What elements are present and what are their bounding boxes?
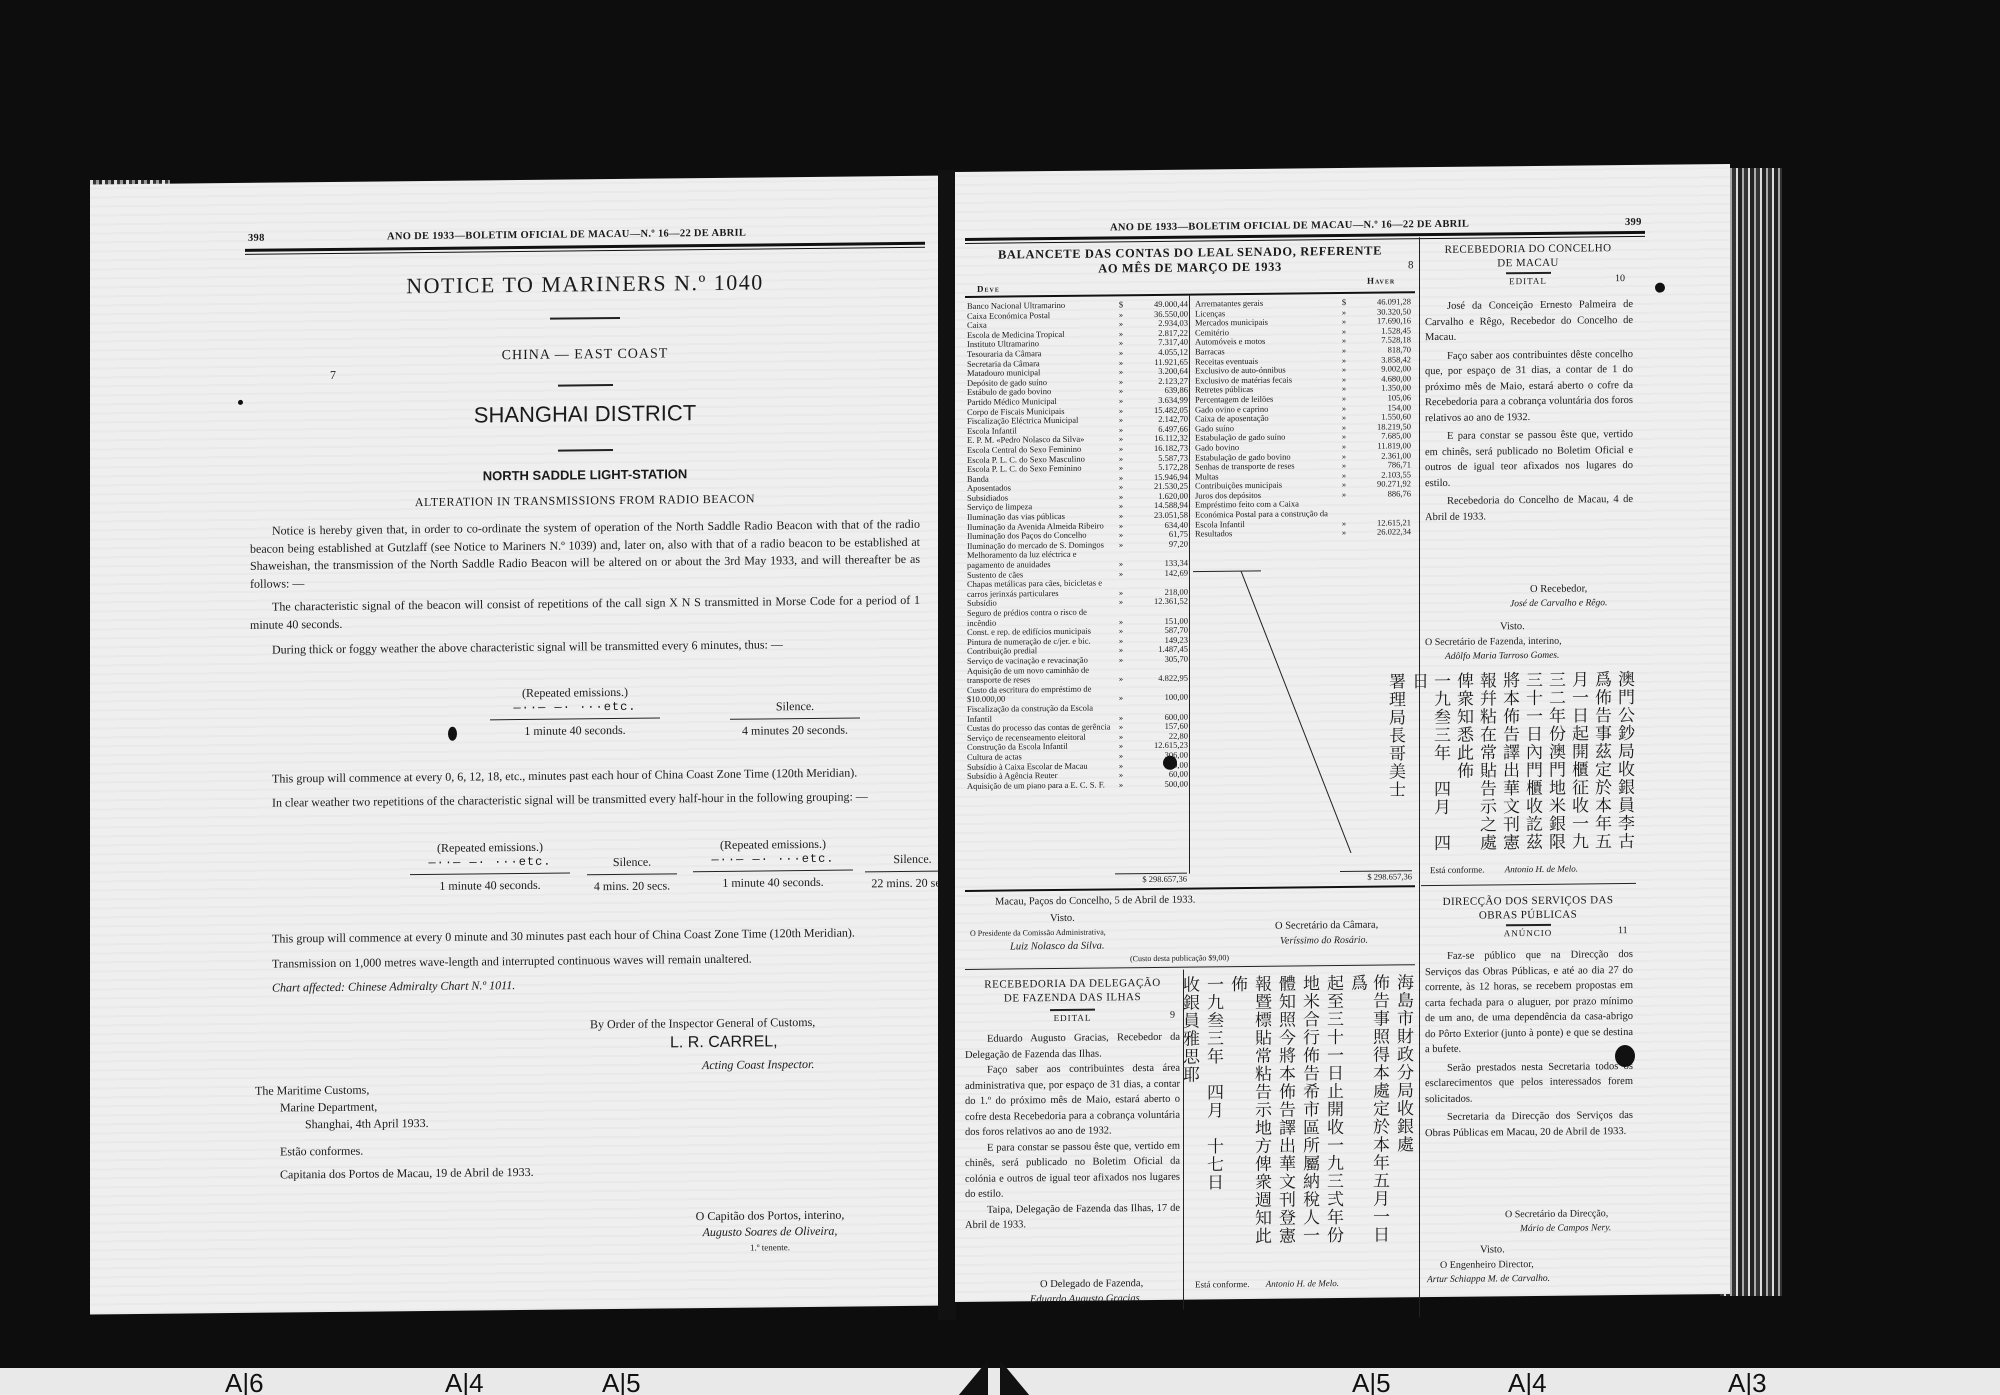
chinese-column: 起至三十一日止開收一九三弍年份 xyxy=(1322,974,1344,1274)
paragraph: Taipa, Delegação de Fazenda das Ilhas, 1… xyxy=(965,1200,1180,1233)
chinese-column: 三二年份澳門地米銀限 xyxy=(1544,671,1566,861)
left-page: 398 ANO DE 1933—BOLETIM OFICIAL DE MACAU… xyxy=(90,175,950,1314)
emission-label: (Repeated emissions.) xyxy=(693,837,853,854)
concelho-chinese-text: 澳門公鈔局收銀員李古爲佈告事茲定於本年五月一日起開櫃征收一九三二年份澳門地米銀限… xyxy=(1425,670,1635,862)
director-name: Artur Schiappa M. de Carvalho. xyxy=(1427,1274,1550,1285)
divider xyxy=(245,446,925,455)
morse-code: —··— —· ···etc. xyxy=(693,852,853,868)
address-line: Shanghai, 4th April 1933. xyxy=(255,1115,429,1134)
clear-silence-block-1: Silence. 4 mins. 20 secs. xyxy=(587,854,677,894)
ledger-amount: 133,34 xyxy=(1128,549,1190,569)
president-title: O Presidente da Comissão Administrativa, xyxy=(970,927,1106,937)
paragraph: During thick or foggy weather the above … xyxy=(250,635,920,660)
silence-label: Silence. xyxy=(587,854,677,870)
ledger-amount: 151,00 xyxy=(1128,607,1190,627)
chinese-column: 佈告事照得本處定於本年五月一日 爲 xyxy=(1346,974,1390,1274)
visto: Visto. xyxy=(1480,1244,1505,1255)
president-name: Luiz Nolasco da Silva. xyxy=(1010,940,1105,952)
margin-number: 7 xyxy=(330,368,336,383)
ledger-currency: » xyxy=(1114,540,1128,550)
title-line: DE MACAU xyxy=(1423,255,1633,271)
balancete-place-date: Macau, Paços do Concelho, 5 de Abril de … xyxy=(995,895,1195,908)
ledger-currency: » xyxy=(1114,703,1128,722)
clear-emission-block-1: (Repeated emissions.) —··— —· ···etc. 1 … xyxy=(410,839,570,894)
region-heading: CHINA — EAST COAST xyxy=(245,344,925,367)
ledger-currency: » xyxy=(1114,598,1128,608)
conforme-label: Está conforme. xyxy=(1195,1279,1249,1290)
ledger-label: Melhoramento da luz eléctrica e pagament… xyxy=(965,550,1114,571)
ledger-row: Seguro de prédios contra o risco de incê… xyxy=(965,607,1190,629)
debit-total: $ 298.657,36 xyxy=(1115,873,1187,885)
chinese-column: 體知照今將本佈告譯出華文刊登憲 xyxy=(1274,974,1296,1274)
chinese-column: 爲佈告事茲定於本年五 xyxy=(1590,670,1612,860)
ledger-currency: » xyxy=(1114,569,1128,579)
district-heading: SHANGHAI DISTRICT xyxy=(245,398,925,431)
ilhas-body: Eduardo Augusto Gracias, Recebedor da De… xyxy=(965,1030,1180,1234)
credit-total: $ 298.657,36 xyxy=(1340,870,1412,882)
captain-signature: O Capitão dos Portos, interino, Augusto … xyxy=(650,1206,890,1257)
debit-table: Banco Nacional Ultramarino$49.000,44Caix… xyxy=(965,300,1190,792)
publication-cost: (Custo desta publicação $9,00) xyxy=(1130,953,1229,963)
ilhas-title: RECEBEDORIA DA DELEGAÇÃO DE FAZENDA DAS … xyxy=(965,976,1180,1006)
ink-spot xyxy=(448,727,457,741)
ledger-currency: » xyxy=(1114,655,1128,665)
cancel-line xyxy=(1191,567,1416,869)
ledger-currency: » xyxy=(1114,578,1128,597)
paragraph: Faço saber aos contribuintes desta área … xyxy=(965,1061,1180,1141)
film-strip: A|6 A|4 A|5 A|5 A|4 A|3 xyxy=(0,1368,2000,1395)
ledger-row: Fiscalização da construção da Escola Inf… xyxy=(965,703,1190,725)
emission-duration: 1 minute 40 seconds. xyxy=(693,875,853,892)
paragraph: The characteristic signal of the beacon … xyxy=(250,592,920,634)
secretary-title: O Secretário da Câmara, xyxy=(1275,920,1378,932)
right-page: ANO DE 1933—BOLETIM OFICIAL DE MACAU—N.º… xyxy=(955,164,1730,1302)
obras-body: Faz-se público que na Direcção dos Servi… xyxy=(1425,947,1633,1141)
frame-center-arrow-icon xyxy=(958,1360,1030,1395)
margin-number: 8 xyxy=(1408,259,1414,271)
morse-code: —··— —· ···etc. xyxy=(410,854,570,870)
paragraph: E para constar se passou êste que, verti… xyxy=(1425,427,1633,491)
ledger-label: Aquisição de um novo caminhão de transpo… xyxy=(965,665,1114,686)
chart-affected: Chart affected: Chinese Admiralty Chart … xyxy=(250,973,930,998)
delegate-title: O Delegado de Fazenda, xyxy=(1040,1278,1143,1290)
obras-anuncio: ANÚNCIO xyxy=(1423,927,1633,939)
fazenda-secretary-title: O Secretário de Fazenda, interino, xyxy=(1425,636,1562,648)
ledger-row: Empréstimo feito com a Caixa Económica P… xyxy=(1193,499,1413,530)
notice-title: NOTICE TO MARINERS N.º 1040 xyxy=(245,268,925,301)
subtitle: ALTERATION IN TRANSMISSIONS FROM RADIO B… xyxy=(245,490,925,512)
ledger-amount: 97,20 xyxy=(1128,539,1190,549)
obras-title: DIRECÇÃO DOS SERVIÇOS DAS OBRAS PÚBLICAS xyxy=(1423,893,1633,923)
ledger-label: Empréstimo feito com a Caixa Económica P… xyxy=(1193,500,1337,530)
ledger-currency: » xyxy=(1114,780,1128,790)
conforme-name: Antonio H. de Melo. xyxy=(1266,1278,1339,1289)
receiver-title: O Recebedor, xyxy=(1530,583,1587,595)
margin-number: 9 xyxy=(1170,1010,1175,1021)
paragraph: Eduardo Augusto Gracias, Recebedor da De… xyxy=(965,1030,1180,1063)
right-running-head: ANO DE 1933—BOLETIM OFICIAL DE MACAU—N.º… xyxy=(1110,219,1469,234)
emission-label: (Repeated emissions.) xyxy=(410,839,570,856)
ledger-currency: » xyxy=(1337,528,1351,538)
receiver-name: José de Carvalho e Rêgo. xyxy=(1510,598,1607,609)
emission-duration: 1 minute 40 seconds. xyxy=(490,723,660,740)
debit-column: Banco Nacional Ultramarino$49.000,44Caix… xyxy=(965,300,1190,792)
station-heading: NORTH SADDLE LIGHT-STATION xyxy=(245,464,925,486)
section-rule xyxy=(965,964,1415,970)
chinese-column: 月一日起開櫃征收一九 xyxy=(1567,670,1589,860)
ledger-row: Resultados»26.022,34 xyxy=(1193,528,1413,540)
chinese-column: 收銀員雅思耶 xyxy=(1178,975,1200,1275)
header-rule xyxy=(245,242,925,255)
paragraph: Faço saber aos contribuintes dêste conce… xyxy=(1425,346,1633,426)
title-line: RECEBEDORIA DA DELEGAÇÃO xyxy=(965,976,1180,992)
notice-body: Notice is hereby given that, in order to… xyxy=(250,516,920,660)
margin-number: 10 xyxy=(1615,273,1625,284)
ledger-amount: 886,76 xyxy=(1351,489,1413,499)
divider xyxy=(245,381,925,390)
paragraph: This group will commence at every 0 minu… xyxy=(250,924,930,949)
obras-secretary-name: Mário de Campos Nery. xyxy=(1520,1223,1611,1234)
frame-mark: A|4 xyxy=(1508,1368,1547,1395)
ledger-amount: 26.022,34 xyxy=(1351,528,1413,538)
conformes: Estão conformes. xyxy=(280,1144,363,1160)
debit-header: Deve xyxy=(977,284,1000,294)
section-rule xyxy=(1421,883,1636,886)
ledger-currency: » xyxy=(1114,684,1128,703)
fog-emission-block: (Repeated emissions.) —··— —· ···etc. 1 … xyxy=(490,685,660,740)
closing-text: This group will commence at every 0 minu… xyxy=(250,924,930,998)
ledger-label: Chapas metálicas para cães, bicicletas e… xyxy=(965,579,1114,600)
capitania-date: Capitania dos Portos de Macau, 19 de Abr… xyxy=(280,1165,534,1183)
visto: Visto. xyxy=(1050,913,1075,924)
frame-mark: A|6 xyxy=(225,1368,264,1395)
concelho-conforme: Está conforme. Antonio H. de Melo. xyxy=(1430,864,1578,876)
ilhas-conforme: Está conforme. Antonio H. de Melo. xyxy=(1195,1278,1339,1290)
obras-secretary-title: O Secretário da Direcção, xyxy=(1505,1208,1608,1220)
emission-duration: 1 minute 40 seconds. xyxy=(410,877,570,894)
clear-emission-block-2: (Repeated emissions.) —··— —· ···etc. 1 … xyxy=(693,837,853,892)
signatory: L. R. CARREL, xyxy=(670,1033,778,1052)
silence-label: Silence. xyxy=(730,698,860,714)
divider xyxy=(1017,1008,1127,1011)
paragraph: Notice is hereby given that, in order to… xyxy=(250,516,920,593)
chinese-column: 一九叁三年 四月 四日 xyxy=(1407,672,1451,862)
chinese-column: 佈 xyxy=(1226,975,1248,1275)
ledger-currency: » xyxy=(1114,665,1128,684)
visto: Visto. xyxy=(1500,621,1525,632)
concelho-title: RECEBEDORIA DO CONCELHO DE MACAU xyxy=(1423,241,1633,271)
concelho-edital: EDITAL xyxy=(1423,275,1633,287)
ledger-row: Custo da escritura do empréstimo de $10.… xyxy=(965,683,1190,705)
frame-mark: A|3 xyxy=(1728,1368,1767,1395)
ledger-amount: 12.615,21 xyxy=(1351,499,1413,528)
ink-spot xyxy=(1163,756,1177,770)
paragraph: Secretaria da Direcção dos Serviços das … xyxy=(1425,1108,1633,1141)
frame-mark: A|5 xyxy=(1352,1368,1391,1395)
order-line: By Order of the Inspector General of Cus… xyxy=(590,1014,890,1032)
title-line: DIRECÇÃO DOS SERVIÇOS DAS xyxy=(1423,893,1633,909)
paragraph: José da Conceição Ernesto Palmeira de Ca… xyxy=(1425,297,1633,346)
conforme-label: Está conforme. xyxy=(1430,865,1484,876)
column-divider xyxy=(1189,296,1190,874)
chinese-column: 海島市財政分局收銀處 xyxy=(1392,973,1414,1273)
paragraph: This group will commence at every 0, 6, … xyxy=(250,764,920,789)
left-running-head: ANO DE 1933—BOLETIM OFICIAL DE MACAU—N.º… xyxy=(387,228,746,243)
customs-address: The Maritime Customs, Marine Department,… xyxy=(255,1081,429,1134)
ledger-currency: » xyxy=(1114,607,1128,626)
paragraph: Serão prestados nesta Secretaria todos o… xyxy=(1425,1058,1633,1107)
chinese-column: 報幷粘在常貼告示之處 xyxy=(1475,671,1497,861)
margin-number: 11 xyxy=(1618,925,1628,936)
clear-weather-text: This group will commence at every 0, 6, … xyxy=(250,764,920,812)
paragraph: Recebedoria do Concelho de Macau, 4 de A… xyxy=(1425,492,1633,525)
ledger-amount: 305,70 xyxy=(1128,655,1190,665)
ledger-row: Melhoramento da luz eléctrica e pagament… xyxy=(965,549,1190,571)
credit-table: Arrematantes gerais$46.091,28Licenças»30… xyxy=(1193,297,1413,539)
ledger-amount: 500,00 xyxy=(1128,779,1190,789)
paragraph: E para constar se passou êste que, verti… xyxy=(965,1138,1180,1202)
ledger-row: Aquisição de um piano para a E. C. S. F.… xyxy=(965,779,1190,791)
ledger-amount: 4.822,95 xyxy=(1128,664,1190,684)
frame-mark: A|5 xyxy=(602,1368,641,1395)
ledger-amount: 12.361,52 xyxy=(1128,597,1190,607)
paragraph: In clear weather two repetitions of the … xyxy=(250,787,920,812)
ledger-currency: » xyxy=(1337,499,1351,528)
ledger-label: Seguro de prédios contra o risco de incê… xyxy=(965,607,1114,628)
chinese-column: 署理局長哥美士 xyxy=(1384,672,1406,862)
chinese-column: 俾衆知悉此佈 xyxy=(1452,672,1474,862)
captain-rank: 1.º tenente. xyxy=(650,1238,890,1257)
ilhas-edital: EDITAL xyxy=(965,1012,1180,1024)
ilhas-chinese-text: 海島市財政分局收銀處佈告事照得本處定於本年五月一日 爲起至三十一日止開收一九三弍… xyxy=(1189,973,1414,1275)
frame-mark: A|4 xyxy=(445,1368,484,1395)
chinese-column: 三十一日內門櫃收訖茲 xyxy=(1521,671,1543,861)
credit-column: Arrematantes gerais$46.091,28Licenças»30… xyxy=(1193,297,1413,539)
paragraph: Transmission on 1,000 metres wave-length… xyxy=(250,948,930,973)
book-gutter xyxy=(938,170,956,1320)
left-page-number: 398 xyxy=(248,233,265,244)
fazenda-secretary-name: Adôlfo Maria Tarroso Gomes. xyxy=(1445,651,1559,662)
chinese-column: 地米合行佈告希市區所屬納稅人一 xyxy=(1298,974,1320,1274)
secretary-name: Veríssimo do Rosário. xyxy=(1280,935,1368,947)
address-line: The Maritime Customs, xyxy=(255,1081,429,1100)
morse-code: —··— —· ···etc. xyxy=(490,700,660,716)
balancete-title: BALANCETE DAS CONTAS DO LEAL SENADO, REF… xyxy=(965,243,1415,278)
ledger-amount: 100,00 xyxy=(1128,683,1190,703)
address-line: Marine Department, xyxy=(255,1098,429,1117)
director-title: O Engenheiro Director, xyxy=(1440,1259,1534,1271)
concelho-body: José da Conceição Ernesto Palmeira de Ca… xyxy=(1425,297,1633,525)
fog-silence-block: Silence. 4 minutes 20 seconds. xyxy=(730,698,860,738)
silence-duration: 4 minutes 20 seconds. xyxy=(730,722,860,738)
right-page-number: 399 xyxy=(1625,217,1642,228)
chinese-column: 澳門公鈔局收銀員李古 xyxy=(1613,670,1635,860)
silence-duration: 4 mins. 20 secs. xyxy=(587,878,677,894)
chinese-column: 報暨標貼常粘告示地方俾衆週知此 xyxy=(1250,975,1272,1275)
paragraph: Faz-se público que na Direcção dos Servi… xyxy=(1425,947,1633,1058)
divider xyxy=(245,314,925,323)
ledger-row: Aquisição de um novo caminhão de transpo… xyxy=(965,664,1190,686)
chinese-column: 一九叁三年 四月 十七日 xyxy=(1202,975,1224,1275)
ink-spot xyxy=(1615,1045,1635,1067)
ledger-amount: 218,00 xyxy=(1128,578,1190,598)
chinese-column: 將本佈告譯出華文刊憲 xyxy=(1498,671,1520,861)
ledger-label: Resultados xyxy=(1193,528,1337,539)
title-line: OBRAS PÚBLICAS xyxy=(1423,907,1633,923)
signatory-title: Acting Coast Inspector. xyxy=(702,1057,814,1073)
ledger-currency: » xyxy=(1114,550,1128,569)
table-bottom-rule xyxy=(965,885,1415,892)
title-line: RECEBEDORIA DO CONCELHO xyxy=(1423,241,1633,257)
ink-spot xyxy=(1655,283,1665,293)
ink-spot xyxy=(238,400,243,405)
ledger-currency: » xyxy=(1337,490,1351,500)
ledger-amount: 142,69 xyxy=(1128,568,1190,578)
ledger-amount: 600,00 xyxy=(1128,703,1190,723)
credit-header: Haver xyxy=(1367,275,1395,285)
title-line: DE FAZENDA DAS ILHAS xyxy=(965,990,1180,1006)
conforme-name: Antonio H. de Melo. xyxy=(1505,864,1578,875)
delegate-name: Eduardo Augusto Gracias. xyxy=(1030,1293,1142,1305)
ledger-label: Aquisição de um piano para a E. C. S. F. xyxy=(965,780,1114,791)
